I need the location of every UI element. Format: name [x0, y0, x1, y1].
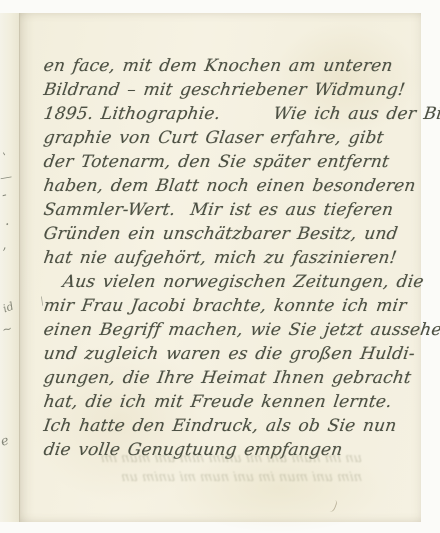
- handwriting-line: Sammler-Wert. Mir ist es aus tieferen: [42, 198, 421, 222]
- show-through-line: nim uni mun im uni num mi unim un: [31, 468, 364, 487]
- handwriting-line: Gründen ein unschätzbarer Besitz, und: [42, 222, 421, 246]
- show-through-text: un im num uni mi unim nim uni mun im nim…: [32, 449, 362, 487]
- paragraph-2: Aus vielen norwegischen Zeitungen, die m…: [42, 270, 418, 462]
- handwriting-line: graphie von Curt Glaser erfahre, gibt: [42, 126, 421, 150]
- handwriting-line: mir Frau Jacobi brachte, konnte ich mir: [42, 294, 421, 318]
- ink-fragment: -: [0, 188, 8, 203]
- handwriting-line: der Totenarm, den Sie später entfernt: [42, 150, 421, 174]
- ink-fragment: .: [2, 214, 11, 229]
- handwriting-line: haben, dem Blatt noch einen besonderen: [42, 174, 421, 198]
- scanned-letter-photo: ' — - . , id ~ e / en face, mit dem Knoc…: [0, 0, 440, 533]
- handwriting-line: einen Begriff machen, wie Sie jetzt auss…: [42, 318, 421, 342]
- handwriting-line: gungen, die Ihre Heimat Ihnen gebracht: [42, 366, 421, 390]
- letter-page: / en face, mit dem Knochen am unteren Bi…: [20, 13, 421, 522]
- ink-fragment: ,: [1, 239, 7, 252]
- handwriting-line: hat nie aufgehört, mich zu faszinieren!: [42, 246, 421, 270]
- handwriting-line: und zugleich waren es die großen Huldi-: [42, 342, 421, 366]
- show-through-line: un im num uni mi unim nim uni mun im: [31, 449, 364, 468]
- ink-fragment: ~: [1, 322, 13, 336]
- handwritten-text: en face, mit dem Knochen am unteren Bild…: [42, 54, 418, 462]
- facing-page-edge: ' — - . , id ~ e: [0, 13, 20, 522]
- handwriting-line: en face, mit dem Knochen am unteren: [42, 54, 421, 78]
- ink-fragment: id: [1, 301, 15, 315]
- handwriting-line: 1895. Lithographie. Wie ich aus der Bio-: [42, 102, 421, 126]
- handwriting-line: Aus vielen norwegischen Zeitungen, die: [42, 270, 421, 294]
- pencil-mark: [325, 498, 338, 513]
- handwriting-line: Ich hatte den Eindruck, als ob Sie nun: [42, 414, 421, 438]
- handwriting-line: Bildrand – mit geschriebener Widmung!: [42, 78, 421, 102]
- ink-fragment: e: [0, 434, 10, 449]
- ink-fragment: ': [1, 151, 9, 162]
- paragraph-1: en face, mit dem Knochen am unteren Bild…: [42, 54, 418, 270]
- ink-fragment: —: [0, 170, 13, 184]
- handwriting-line: hat, die ich mit Freude kennen lernte.: [42, 390, 421, 414]
